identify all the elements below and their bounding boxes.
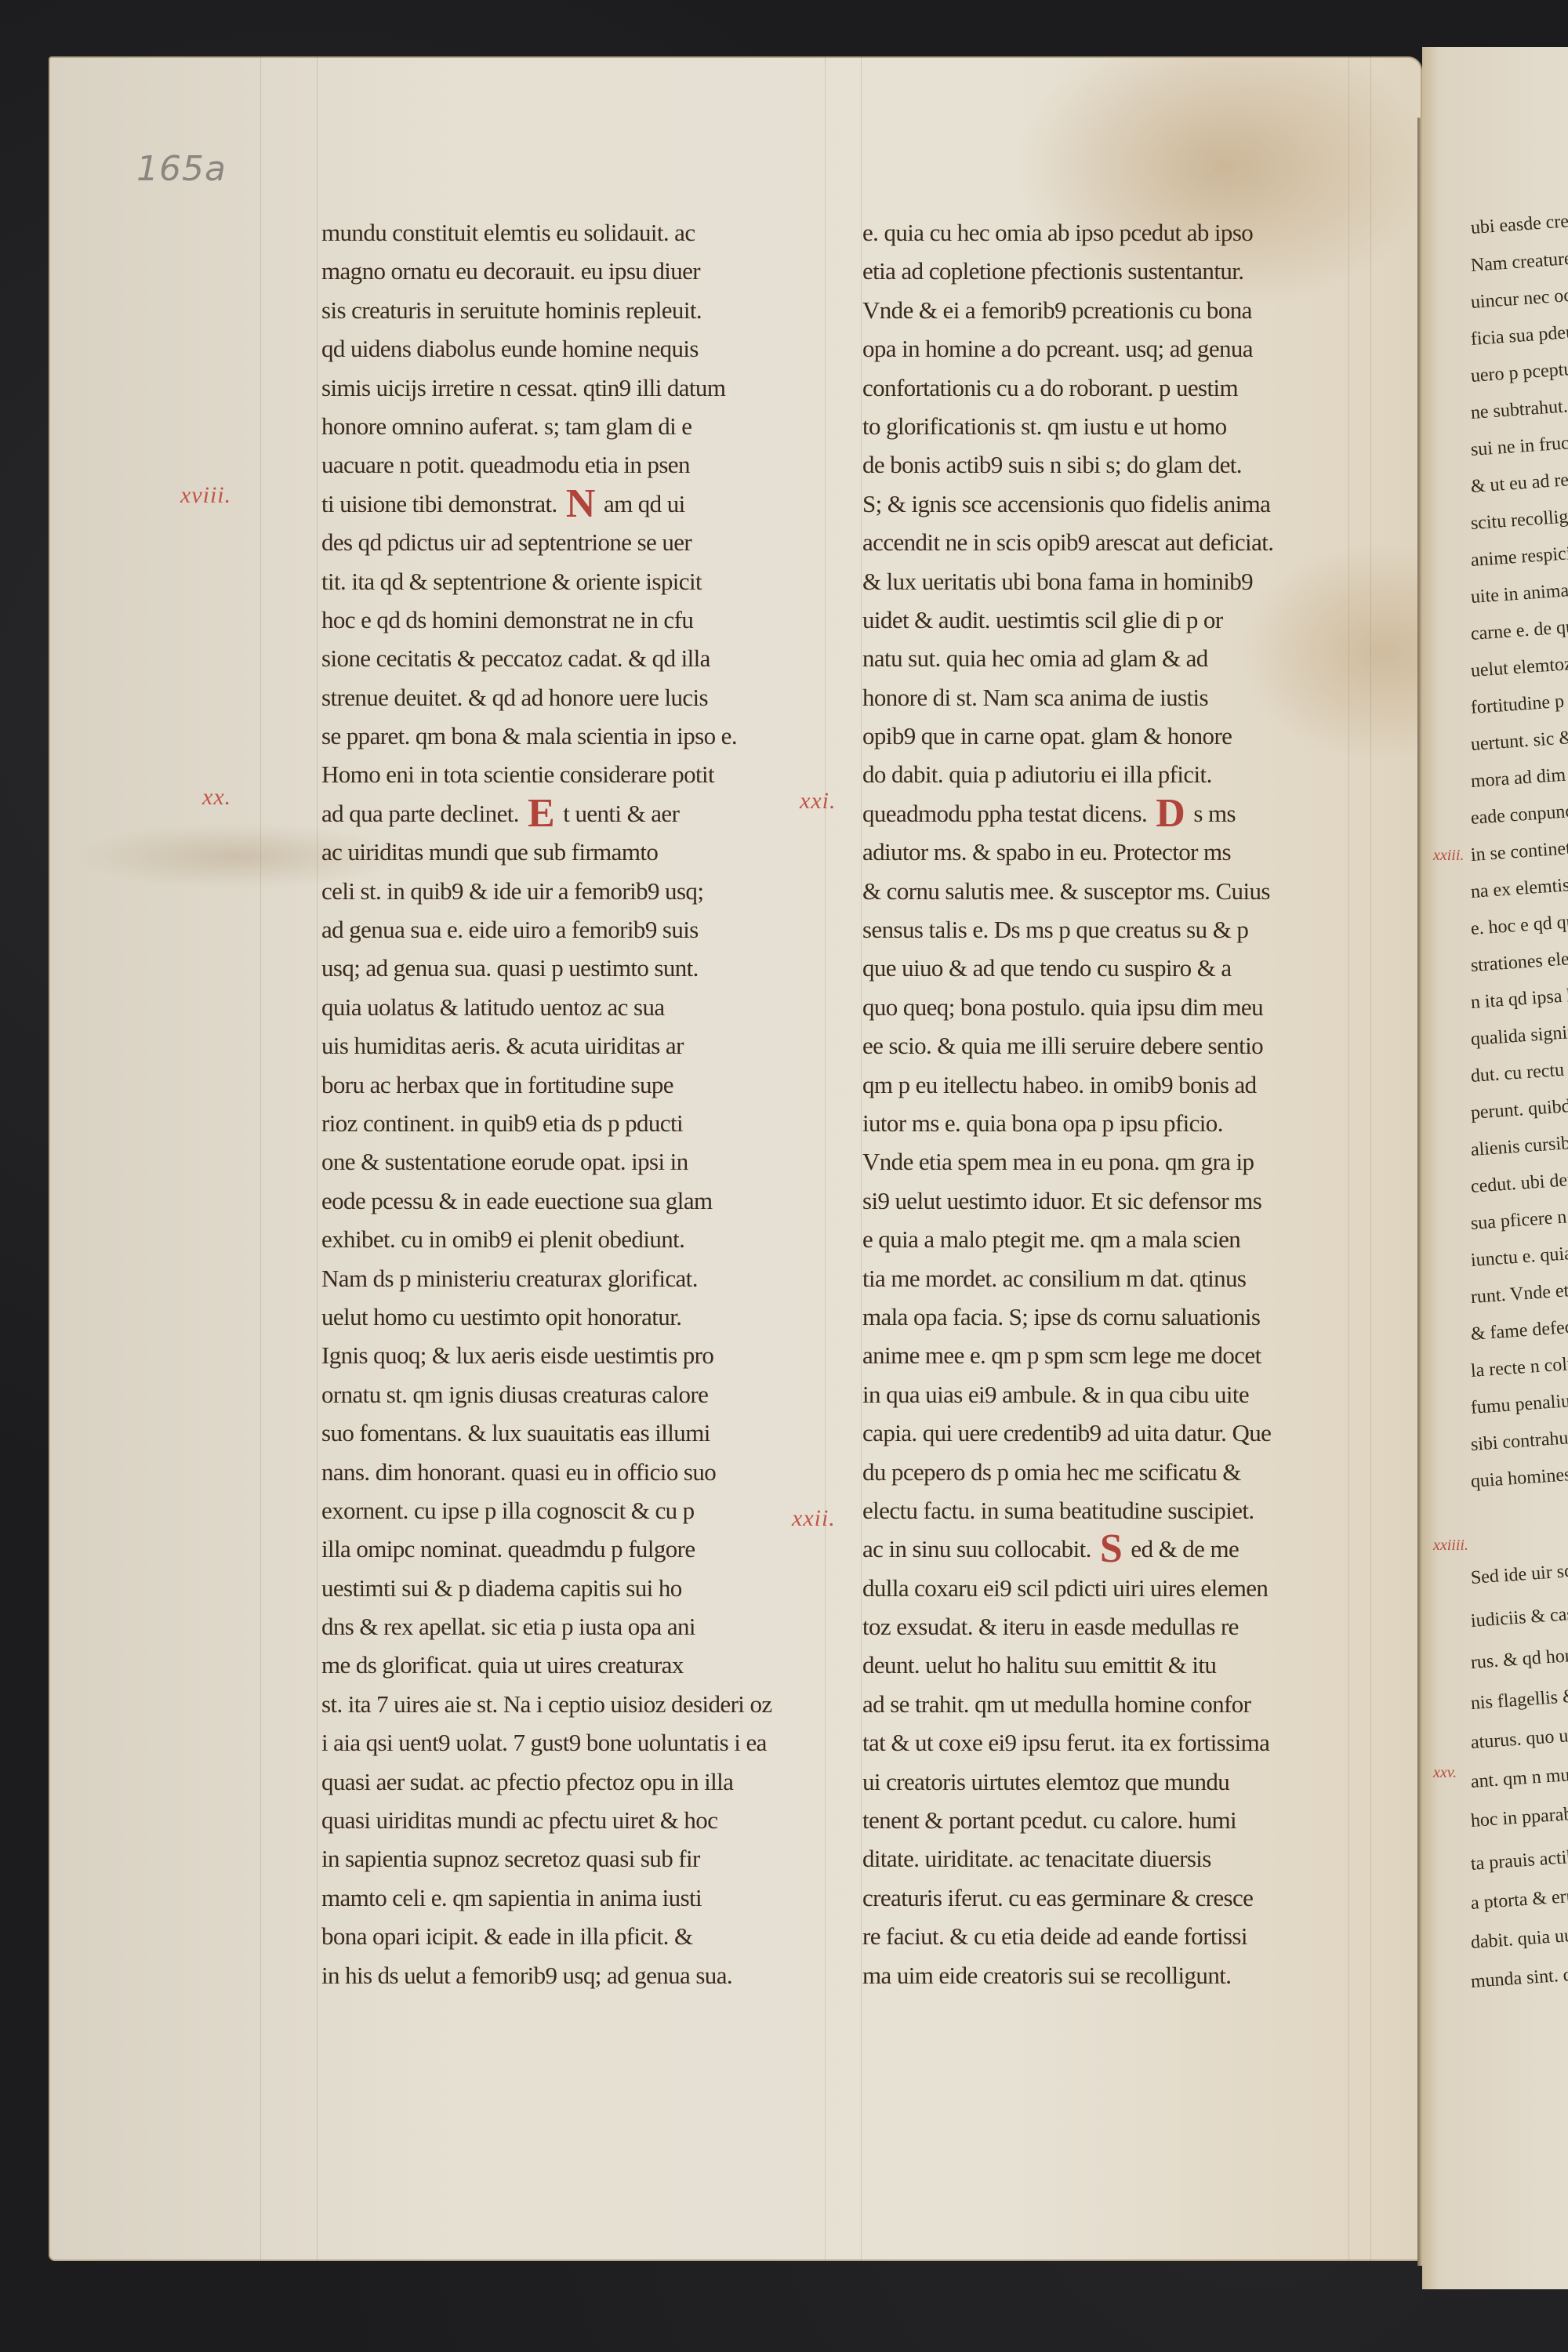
text-line: Ignis quoq; & lux aeris eisde uestimtis …	[321, 1336, 823, 1374]
facing-text-line: iudiciis & castigat	[1470, 1602, 1568, 1632]
facing-text-line: na ex elemtis mu	[1470, 873, 1568, 903]
facing-text-line: iunctu e. quia hom	[1470, 1241, 1568, 1272]
text-line: etia ad copletione pfectionis sustentant…	[862, 252, 1380, 290]
text-line: ditate. uiriditate. ac tenacitate diuers…	[862, 1839, 1380, 1878]
text-line-with-initial: ti uisione tibi demonstrat. N am qd ui	[321, 485, 823, 523]
text-line: sis creaturis in seruitute hominis reple…	[321, 291, 823, 329]
text-line: i aia qsi uent9 uolat. 7 gust9 bone uolu…	[321, 1723, 823, 1762]
text-line-with-initial: queadmodu ppha testat dicens. D s ms	[862, 794, 1380, 833]
facing-text-line: n ita qd ipsa huma	[1470, 983, 1568, 1014]
facing-text-line: uelut elemtoz ex	[1470, 652, 1568, 682]
text-line: des qd pdictus uir ad septentrione se ue…	[321, 523, 823, 561]
text-line: deunt. uelut ho halitu suu emittit & itu	[862, 1646, 1380, 1684]
facing-text-line: mora ad dim lac	[1470, 763, 1568, 793]
text-line: & lux ueritatis ubi bona fama in hominib…	[862, 562, 1380, 601]
text-line: capia. qui uere credentib9 ad uita datur…	[862, 1414, 1380, 1452]
facing-page: ubi easde creatu Nam creature q uincur n…	[1422, 47, 1568, 2289]
text-fragment: t uenti & aer	[563, 800, 679, 827]
text-line: tenent & portant pcedut. cu calore. humi	[862, 1801, 1380, 1839]
ruling-vertical-mid-left	[825, 56, 826, 2261]
facing-text-line: perunt. quibda ali	[1470, 1094, 1568, 1124]
text-line: uacuare n potit. queadmodu etia in psen	[321, 445, 823, 484]
text-line: ma uim eide creatoris sui se recolligunt…	[862, 1956, 1380, 1994]
text-line-with-initial: ad qua parte declinet. E t uenti & aer	[321, 794, 823, 833]
facing-text-line: munda sint. quia	[1470, 1963, 1568, 1993]
facing-text-line: uero p pceptu di	[1470, 358, 1568, 387]
text-line: qd uidens diabolus eunde homine nequis	[321, 329, 823, 368]
facing-text-line: ta prauis actib9 h	[1470, 1846, 1568, 1875]
facing-text-line: aturus. quo usq; ac	[1470, 1722, 1568, 1753]
text-line: iutor ms e. quia bona opa p ipsu pficio.	[862, 1104, 1380, 1142]
text-line: boru ac herbax que in fortitudine supe	[321, 1065, 823, 1104]
ruling-vertical-left-outer	[260, 56, 261, 2261]
text-line: simis uicijs irretire n cessat. qtin9 il…	[321, 368, 823, 407]
text-line: uelut homo cu uestimto opit honoratur.	[321, 1298, 823, 1336]
text-line: hoc e qd ds homini demonstrat ne in cfu	[321, 601, 823, 639]
facing-text-line: ficia sua pdeut f	[1470, 321, 1568, 350]
text-line: quasi uiriditas mundi ac pfectu uiret & …	[321, 1801, 823, 1839]
facing-text-line: & ut eu ad requ	[1470, 469, 1568, 498]
text-fragment: am qd ui	[604, 490, 685, 517]
text-line: st. ita 7 uires aie st. Na i ceptio uisi…	[321, 1685, 823, 1723]
text-line: dns & rex apellat. sic etia p iusta opa …	[321, 1607, 823, 1646]
text-line: toz exsudat. & iteru in easde medullas r…	[862, 1607, 1380, 1646]
facing-text-line: sui ne in fructuo	[1470, 431, 1568, 461]
decorated-initial-n: N	[566, 481, 595, 526]
facing-text-line: nis flagellis & cala	[1470, 1683, 1568, 1715]
text-line: suo fomentans. & lux suauitatis eas illu…	[321, 1414, 823, 1452]
text-line: uis humiditas aeris. & acuta uiriditas a…	[321, 1026, 823, 1065]
facing-text-line: cedut. ubi demons	[1470, 1167, 1568, 1198]
facing-text-line: runt. Vnde etia p	[1470, 1279, 1568, 1308]
text-line: opib9 que in carne opat. glam & honore	[862, 717, 1380, 755]
text-line: creaturis iferut. cu eas germinare & cre…	[862, 1878, 1380, 1917]
ruling-vertical-left-inner	[317, 56, 318, 2261]
text-fragment: ac in sinu suu collocabit.	[862, 1535, 1091, 1563]
text-line: anime mee e. qm p spm scm lege me docet	[862, 1336, 1380, 1374]
text-line: sione cecitatis & peccatoz cadat. & qd i…	[321, 639, 823, 677]
facing-text-line: in se continet.	[1470, 838, 1568, 866]
facing-text-line: ubi easde creatu	[1470, 209, 1568, 239]
text-line: uestimti sui & p diadema capitis sui ho	[321, 1569, 823, 1607]
decorated-initial-s: S	[1100, 1526, 1122, 1571]
text-line: quasi aer sudat. ac pfectio pfectoz opu …	[321, 1762, 823, 1801]
text-line: me ds glorificat. quia ut uires creatura…	[321, 1646, 823, 1684]
facing-text-line: Sed ide uir scil ds	[1470, 1559, 1568, 1589]
facing-text-line: uincur nec occidu	[1470, 283, 1568, 314]
text-fragment: s ms	[1193, 800, 1236, 827]
text-line: magno ornatu eu decorauit. eu ipsu diuer	[321, 252, 823, 290]
text-line: du pcepero ds p omia hec me scificatu &	[862, 1453, 1380, 1491]
text-line: Homo eni in tota scientie considerare po…	[321, 755, 823, 793]
facing-text-line: hoc in pparabit.	[1470, 1803, 1568, 1832]
facing-text-line: ne subtrahut. qu	[1470, 394, 1568, 424]
text-line: mamto celi e. qm sapientia in anima iust…	[321, 1878, 823, 1917]
text-line: ad se trahit. qm ut medulla homine confo…	[862, 1685, 1380, 1723]
rubric-left-xviii: xviii.	[180, 482, 231, 509]
text-line: opa in homine a do pcreant. usq; ad genu…	[862, 329, 1380, 368]
facing-text-line: scitu recolligu	[1470, 506, 1568, 535]
facing-text-line: strationes elementa	[1470, 946, 1568, 977]
text-line: uidet & audit. uestimtis scil glie di p …	[862, 601, 1380, 639]
text-column-left: mundu constituit elemtis eu solidauit. a…	[321, 213, 823, 1994]
text-line: Nam ds p ministeriu creaturax glorificat…	[321, 1259, 823, 1298]
facing-text-line: a ptorta & eru	[1470, 1886, 1568, 1915]
text-line: sensus talis e. Ds ms p que creatus su &…	[862, 910, 1380, 949]
facing-rubric: xxiii.	[1433, 847, 1464, 865]
ruling-vertical-mid-right	[861, 56, 862, 2261]
text-line: accendit ne in scis opib9 arescat aut de…	[862, 523, 1380, 561]
facing-rubric: xxv.	[1433, 1764, 1457, 1782]
text-fragment: ad qua parte declinet.	[321, 800, 519, 827]
facing-text-line: dabit. quia uult	[1470, 1925, 1568, 1954]
facing-text-line: eade conpunctio	[1470, 800, 1568, 829]
facing-text-line: carne e. de qua p	[1470, 615, 1568, 645]
text-line: rioz continent. in quib9 etia ds p pduct…	[321, 1104, 823, 1142]
text-line: Vnde etia spem mea in eu pona. qm gra ip	[862, 1142, 1380, 1181]
text-line: one & sustentatione eorude opat. ipsi in	[321, 1142, 823, 1181]
text-line: que uiuo & ad que tendo cu suspiro & a	[862, 949, 1380, 987]
text-line: honore omnino auferat. s; tam glam di e	[321, 407, 823, 445]
facing-text-line: Nam creature q	[1470, 248, 1568, 277]
facing-text-line: anime respiciut.	[1470, 542, 1568, 572]
text-line: ad genua sua e. eide uiro a femorib9 sui…	[321, 910, 823, 949]
text-line: quia uolatus & latitudo uentoz ac sua	[321, 988, 823, 1026]
text-fragment: queadmodu ppha testat dicens.	[862, 800, 1147, 827]
text-line: mundu constituit elemtis eu solidauit. a…	[321, 213, 823, 252]
text-line: S; & ignis sce accensionis quo fidelis a…	[862, 485, 1380, 523]
facing-text-line: la recte n colut fe	[1470, 1352, 1568, 1382]
facing-text-line: qualida significati	[1470, 1020, 1568, 1051]
text-line: ornatu st. qm ignis diusas creaturas cal…	[321, 1375, 823, 1414]
facing-text-line: uertunt. sic & co	[1470, 726, 1568, 756]
facing-text-line: ant. qm n multa	[1470, 1764, 1568, 1793]
facing-text-line: e. hoc e qd querel	[1470, 909, 1568, 940]
text-line: tia me mordet. ac consilium m dat. qtinu…	[862, 1259, 1380, 1298]
text-line: exhibet. cu in omib9 ei plenit obediunt.	[321, 1220, 823, 1258]
text-line: celi st. in quib9 & ide uir a femorib9 u…	[321, 872, 823, 910]
facing-text-line: sibi contrahut ubi	[1470, 1425, 1568, 1456]
text-line: bona opari icipit. & eade in illa pficit…	[321, 1917, 823, 1955]
facing-text-line: fortitudine p con	[1470, 689, 1568, 719]
text-line: tit. ita qd & septentrione & oriente isp…	[321, 562, 823, 601]
text-line: qm p eu itellectu habeo. in omib9 bonis …	[862, 1065, 1380, 1104]
facing-text-line: quia homines in ill	[1470, 1462, 1568, 1493]
text-line: to glorificationis st. qm iustu e ut hom…	[862, 407, 1380, 445]
text-line: nans. dim honorant. quasi eu in officio …	[321, 1453, 823, 1491]
text-line: quo queq; bona postulo. quia ipsu dim me…	[862, 988, 1380, 1026]
text-line: confortationis cu a do roborant. p uesti…	[862, 368, 1380, 407]
text-line: in his ds uelut a femorib9 usq; ad genua…	[321, 1956, 823, 1994]
facing-text-line: uite in anima u	[1470, 579, 1568, 608]
facing-text-line: fumu penaliu feto	[1470, 1388, 1568, 1419]
facing-text-line: sua pficere n ualea	[1470, 1204, 1568, 1235]
decorated-initial-d: D	[1156, 791, 1185, 836]
text-line: honore di st. Nam sca anima de iustis	[862, 678, 1380, 717]
text-line: mala opa facia. S; ipse ds cornu saluati…	[862, 1298, 1380, 1336]
decorated-initial-e: E	[528, 791, 554, 836]
text-line: do dabit. quia p adiutoriu ei illa pfici…	[862, 755, 1380, 793]
text-fragment: ed & de me	[1131, 1535, 1239, 1563]
text-line: electu factu. in suma beatitudine suscip…	[862, 1491, 1380, 1530]
text-line: e. quia cu hec omia ab ipso pcedut ab ip…	[862, 213, 1380, 252]
text-line: e quia a malo ptegit me. qm a mala scien	[862, 1220, 1380, 1258]
text-line: strenue deuitet. & qd ad honore uere luc…	[321, 678, 823, 717]
text-line: de bonis actib9 suis n sibi s; do glam d…	[862, 445, 1380, 484]
text-line: illa omipc nominat. queadmdu p fulgore	[321, 1530, 823, 1568]
text-line: & cornu salutis mee. & susceptor ms. Cui…	[862, 872, 1380, 910]
text-line: dulla coxaru ei9 scil pdicti uiri uires …	[862, 1569, 1380, 1607]
text-line: in sapientia supnoz secretoz quasi sub f…	[321, 1839, 823, 1878]
rubric-left-xx: xx.	[202, 784, 231, 811]
facing-rubric: xxiiii.	[1433, 1537, 1468, 1555]
folio-number: 165a	[136, 149, 227, 189]
text-line: exornent. cu ipse p illa cognoscit & cu …	[321, 1491, 823, 1530]
text-line: ee scio. & quia me illi seruire debere s…	[862, 1026, 1380, 1065]
text-line: tat & ut coxe ei9 ipsu ferut. ita ex for…	[862, 1723, 1380, 1762]
text-line: eode pcessu & in eade euectione sua glam	[321, 1181, 823, 1220]
facing-text-line: alienis cursib9 pecca	[1470, 1129, 1568, 1161]
text-line-with-initial: ac in sinu suu collocabit. S ed & de me	[862, 1530, 1380, 1568]
text-fragment: ti uisione tibi demonstrat.	[321, 490, 557, 517]
text-line: ac uiriditas mundi que sub firmamto	[321, 833, 823, 871]
text-column-right: e. quia cu hec omia ab ipso pcedut ab ip…	[862, 213, 1380, 1994]
facing-text-line: dut. cu rectu modu	[1470, 1056, 1568, 1087]
text-line: se pparet. qm bona & mala scientia in ip…	[321, 717, 823, 755]
text-line: si9 uelut uestimto iduor. Et sic defenso…	[862, 1181, 1380, 1220]
facing-text-line: & fame defectionis	[1470, 1314, 1568, 1345]
facing-text-line: rus. & qd homines	[1470, 1643, 1568, 1674]
text-line: natu sut. quia hec omia ad glam & ad	[862, 639, 1380, 677]
text-line: adiutor ms. & spabo in eu. Protector ms	[862, 833, 1380, 871]
text-line: usq; ad genua sua. quasi p uestimto sunt…	[321, 949, 823, 987]
text-line: in qua uias ei9 ambule. & in qua cibu ui…	[862, 1375, 1380, 1414]
text-line: re faciut. & cu etia deide ad eande fort…	[862, 1917, 1380, 1955]
text-line: ui creatoris uirtutes elemtoz que mundu	[862, 1762, 1380, 1801]
text-line: Vnde & ei a femorib9 pcreationis cu bona	[862, 291, 1380, 329]
